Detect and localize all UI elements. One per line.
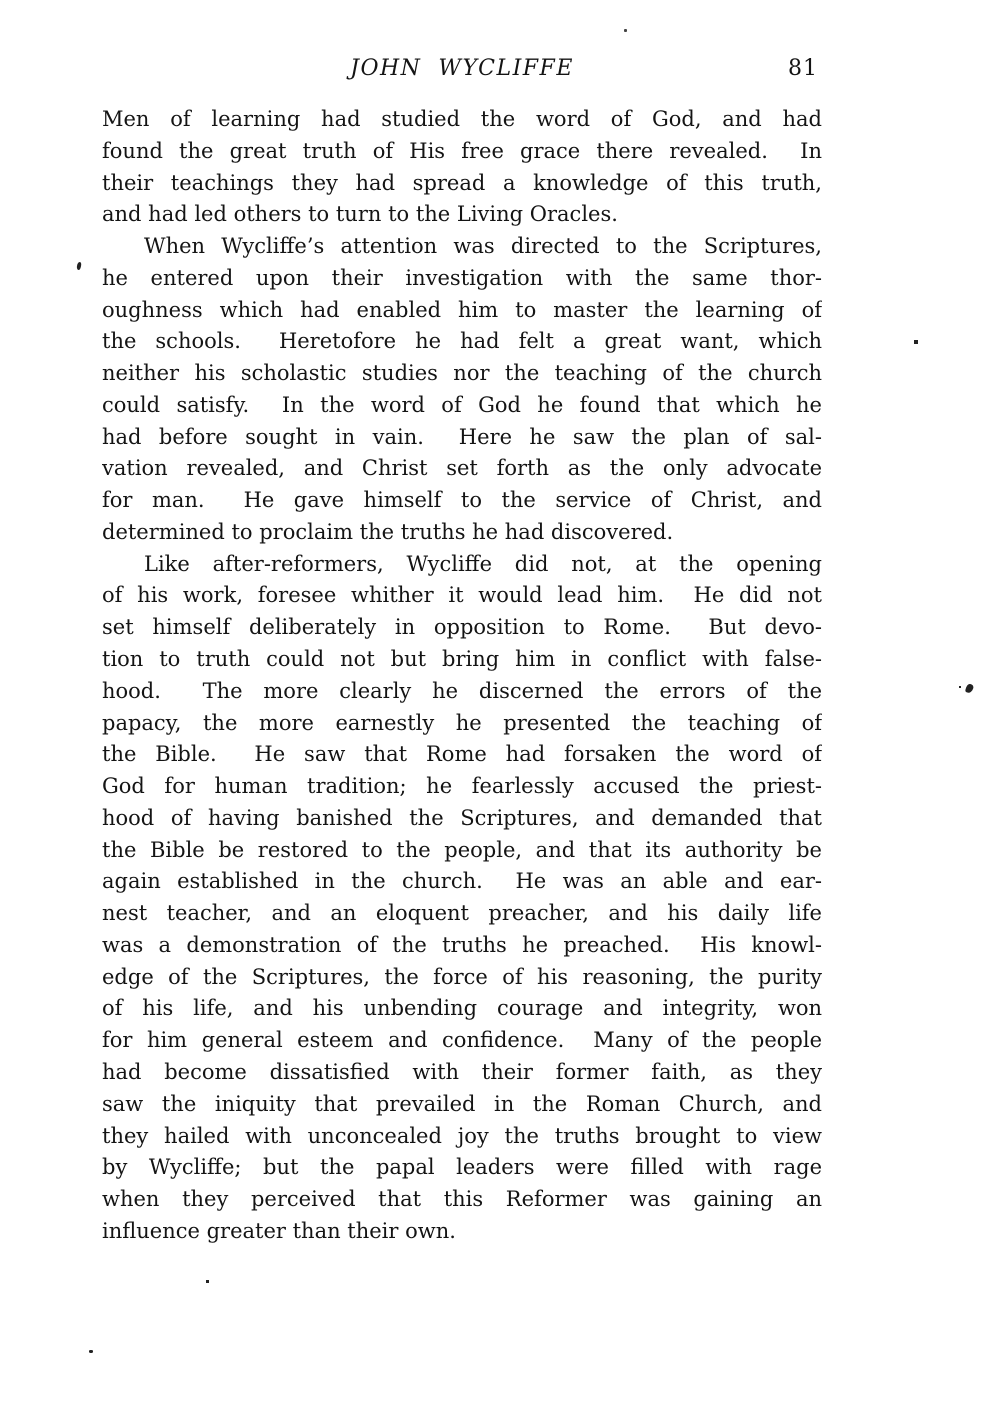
text-line: edge of the Scriptures, the force of his… (102, 962, 822, 994)
text-line: hood. The more clearly he discerned the … (102, 676, 822, 708)
text-line: God for human tradition; he fearlessly a… (102, 771, 822, 803)
text-line: had before sought in vain. Here he saw t… (102, 422, 822, 454)
text-line: vation revealed, and Christ set forth as… (102, 453, 822, 485)
text-line: of his life, and his unbending courage a… (102, 993, 822, 1025)
scan-speck (959, 686, 961, 688)
page-header: JOHN WYCLIFFE 81 (102, 56, 822, 86)
text-line: of his work, foresee whither it would le… (102, 580, 822, 612)
scan-speck (89, 1350, 93, 1353)
text-line: their teachings they had spread a knowle… (102, 168, 822, 200)
text-line: found the great truth of His free grace … (102, 136, 822, 168)
book-page: JOHN WYCLIFFE 81 Men of learning had stu… (0, 0, 1000, 1412)
scan-speck (965, 683, 974, 694)
paragraph: Like after-reformers, Wycliffe did not, … (102, 549, 822, 1248)
text-line: was a demonstration of the truths he pre… (102, 930, 822, 962)
text-line: for man. He gave himself to the service … (102, 485, 822, 517)
text-line: tion to truth could not but bring him in… (102, 644, 822, 676)
text-line: saw the iniquity that prevailed in the R… (102, 1089, 822, 1121)
paragraph: Men of learning had studied the word of … (102, 104, 822, 231)
scan-speck (914, 340, 918, 344)
text-line: when they perceived that this Reformer w… (102, 1184, 822, 1216)
text-line: had become dissatisfied with their forme… (102, 1057, 822, 1089)
text-line: Men of learning had studied the word of … (102, 104, 822, 136)
text-line: set himself deliberately in opposition t… (102, 612, 822, 644)
text-line: for him general esteem and confidence. M… (102, 1025, 822, 1057)
page-number: 81 (788, 56, 818, 81)
text-line: the Bible be restored to the people, and… (102, 835, 822, 867)
text-line: again established in the church. He was … (102, 866, 822, 898)
scan-speck (624, 29, 627, 32)
running-title: JOHN WYCLIFFE (102, 56, 822, 81)
text-line: could satisfy. In the word of God he fou… (102, 390, 822, 422)
paragraph: When Wycliffe’s attention was directed t… (102, 231, 822, 549)
text-line: influence greater than their own. (102, 1216, 822, 1248)
text-line: and had led others to turn to the Living… (102, 199, 822, 231)
scan-speck (206, 1280, 209, 1283)
text-line: Like after-reformers, Wycliffe did not, … (102, 549, 822, 581)
text-line: the schools. Heretofore he had felt a gr… (102, 326, 822, 358)
text-line: by Wycliffe; but the papal leaders were … (102, 1152, 822, 1184)
text-line: determined to proclaim the truths he had… (102, 517, 822, 549)
text-line: they hailed with unconcealed joy the tru… (102, 1121, 822, 1153)
page-body: Men of learning had studied the word of … (102, 104, 822, 1248)
text-line: oughness which had enabled him to master… (102, 295, 822, 327)
text-line: nest teacher, and an eloquent preacher, … (102, 898, 822, 930)
text-line: hood of having banished the Scriptures, … (102, 803, 822, 835)
text-line: neither his scholastic studies nor the t… (102, 358, 822, 390)
text-line: he entered upon their investigation with… (102, 263, 822, 295)
text-line: the Bible. He saw that Rome had forsaken… (102, 739, 822, 771)
scan-speck (76, 262, 82, 271)
text-line: papacy, the more earnestly he presented … (102, 708, 822, 740)
text-line: When Wycliffe’s attention was directed t… (102, 231, 822, 263)
